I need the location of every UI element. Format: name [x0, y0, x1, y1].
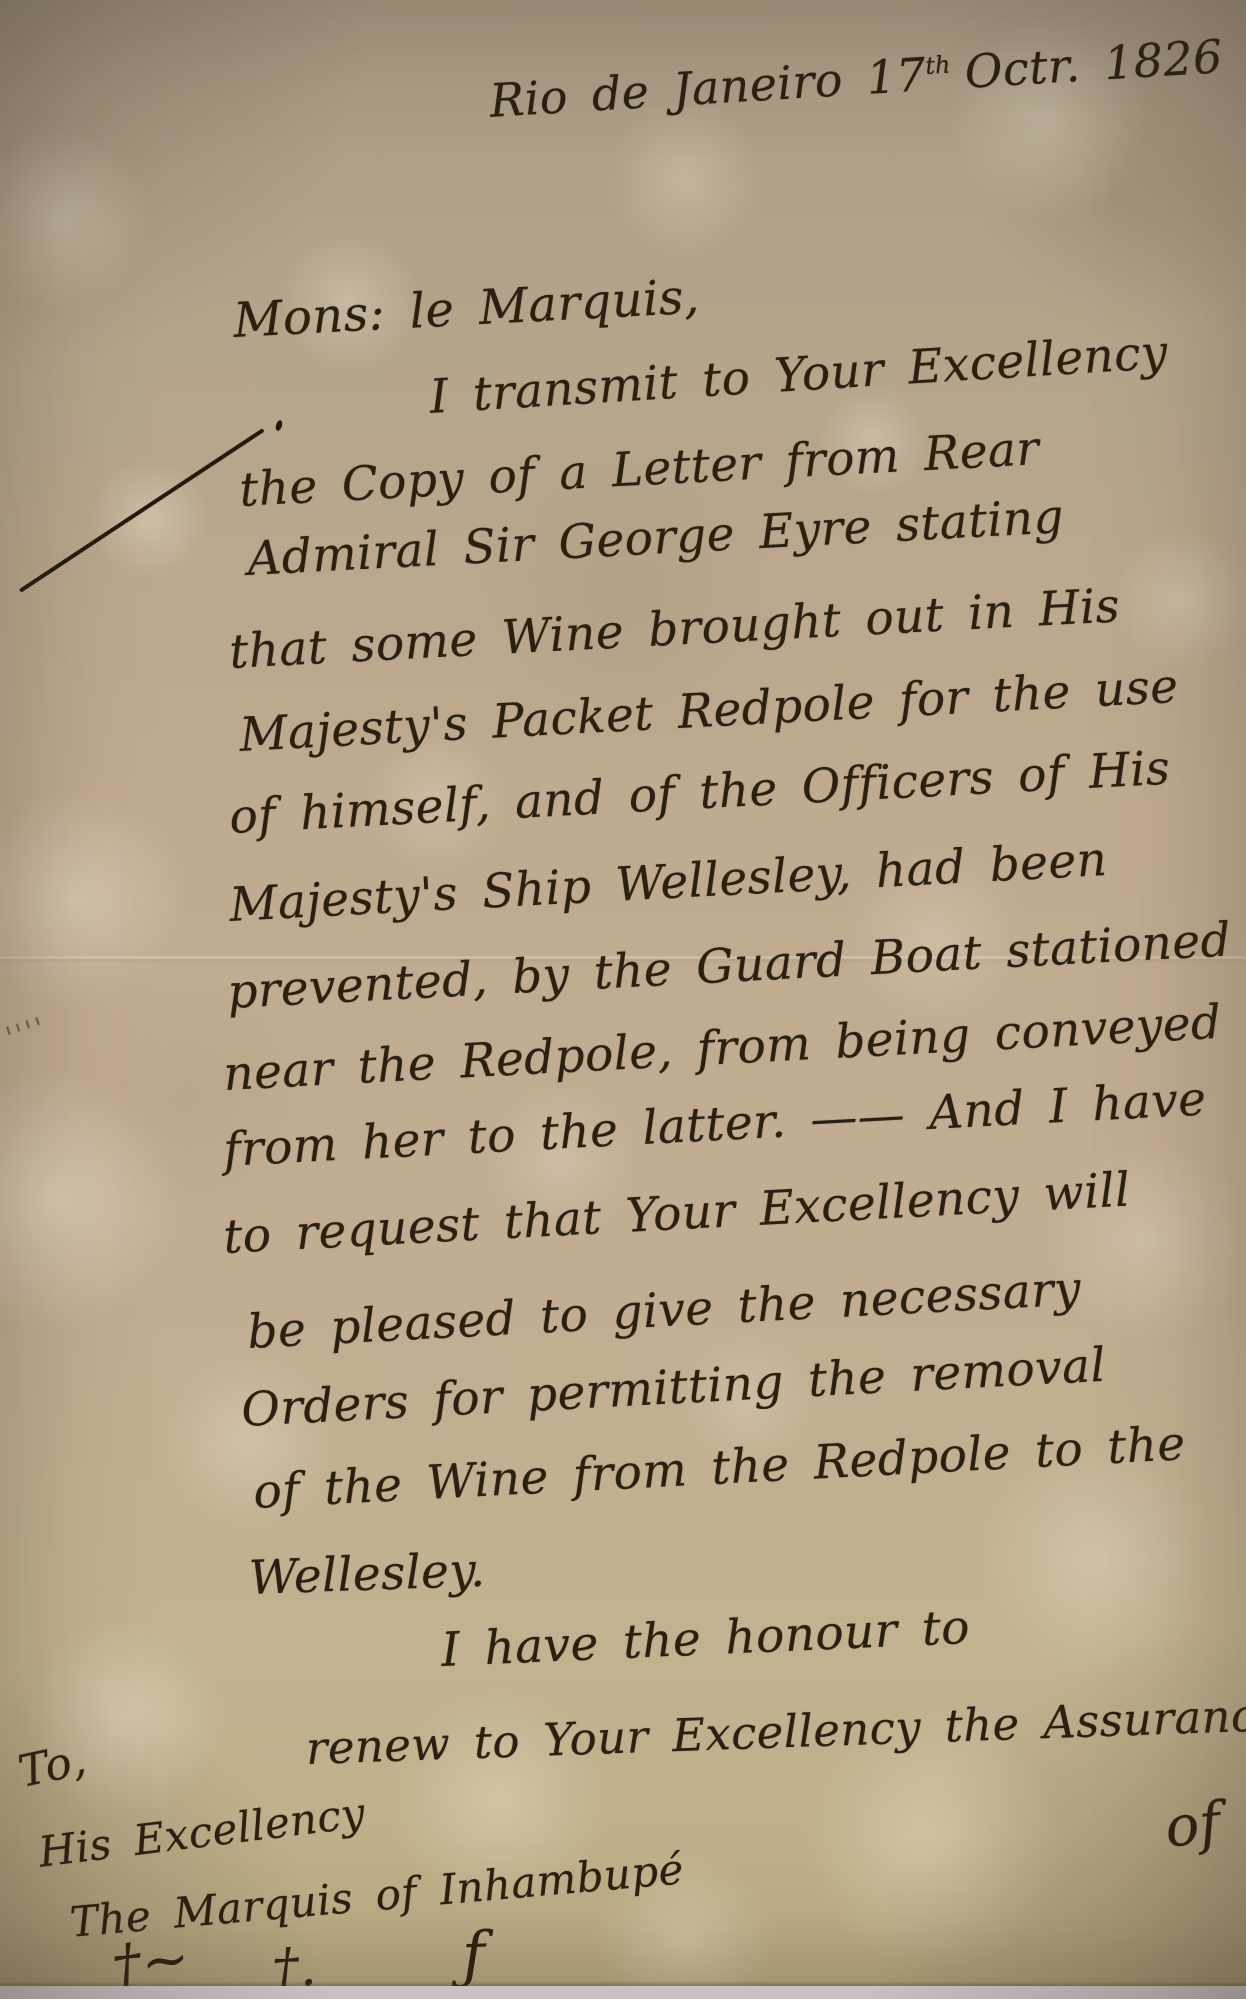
dateline-place-day: Rio de Janeiro 17	[488, 47, 928, 128]
letter-line: Wellesley.	[248, 1543, 486, 1606]
ink-specks: ''''	[2, 1011, 52, 1057]
letter-line: I transmit to Your Excellency	[428, 325, 1169, 425]
dateline-day-suffix: th	[925, 50, 952, 79]
address-line-1: His Excellency	[36, 1788, 368, 1877]
letter-line: that some Wine brought out in His	[228, 578, 1121, 680]
letter-line: to request that Your Excellency will	[222, 1162, 1132, 1264]
salutation: Mons: le Marquis,	[232, 269, 701, 349]
margin-slash-mark	[19, 428, 265, 593]
letter-line: of the Wine from the Redpole to the	[252, 1416, 1187, 1520]
dateline: Rio de Janeiro 17thOctr. 1826	[488, 29, 1224, 128]
letter-line: I have the honour to	[440, 1600, 971, 1678]
letter-line: renew to Your Excellency the Assurances	[305, 1687, 1246, 1775]
dateline-month-year: Octr. 1826	[949, 29, 1224, 100]
backing-surface	[0, 1986, 1246, 1999]
address-to: To,	[14, 1734, 91, 1798]
catchword: of	[1162, 1790, 1224, 1860]
letter-photo: Rio de Janeiro 17thOctr. 1826 Mons: le M…	[0, 0, 1246, 1999]
margin-slash-dot	[274, 419, 283, 431]
letter-line: Majesty's Ship Wellesley, had been	[228, 832, 1109, 933]
letter-line: of himself, and of the Officers of His	[228, 741, 1172, 845]
